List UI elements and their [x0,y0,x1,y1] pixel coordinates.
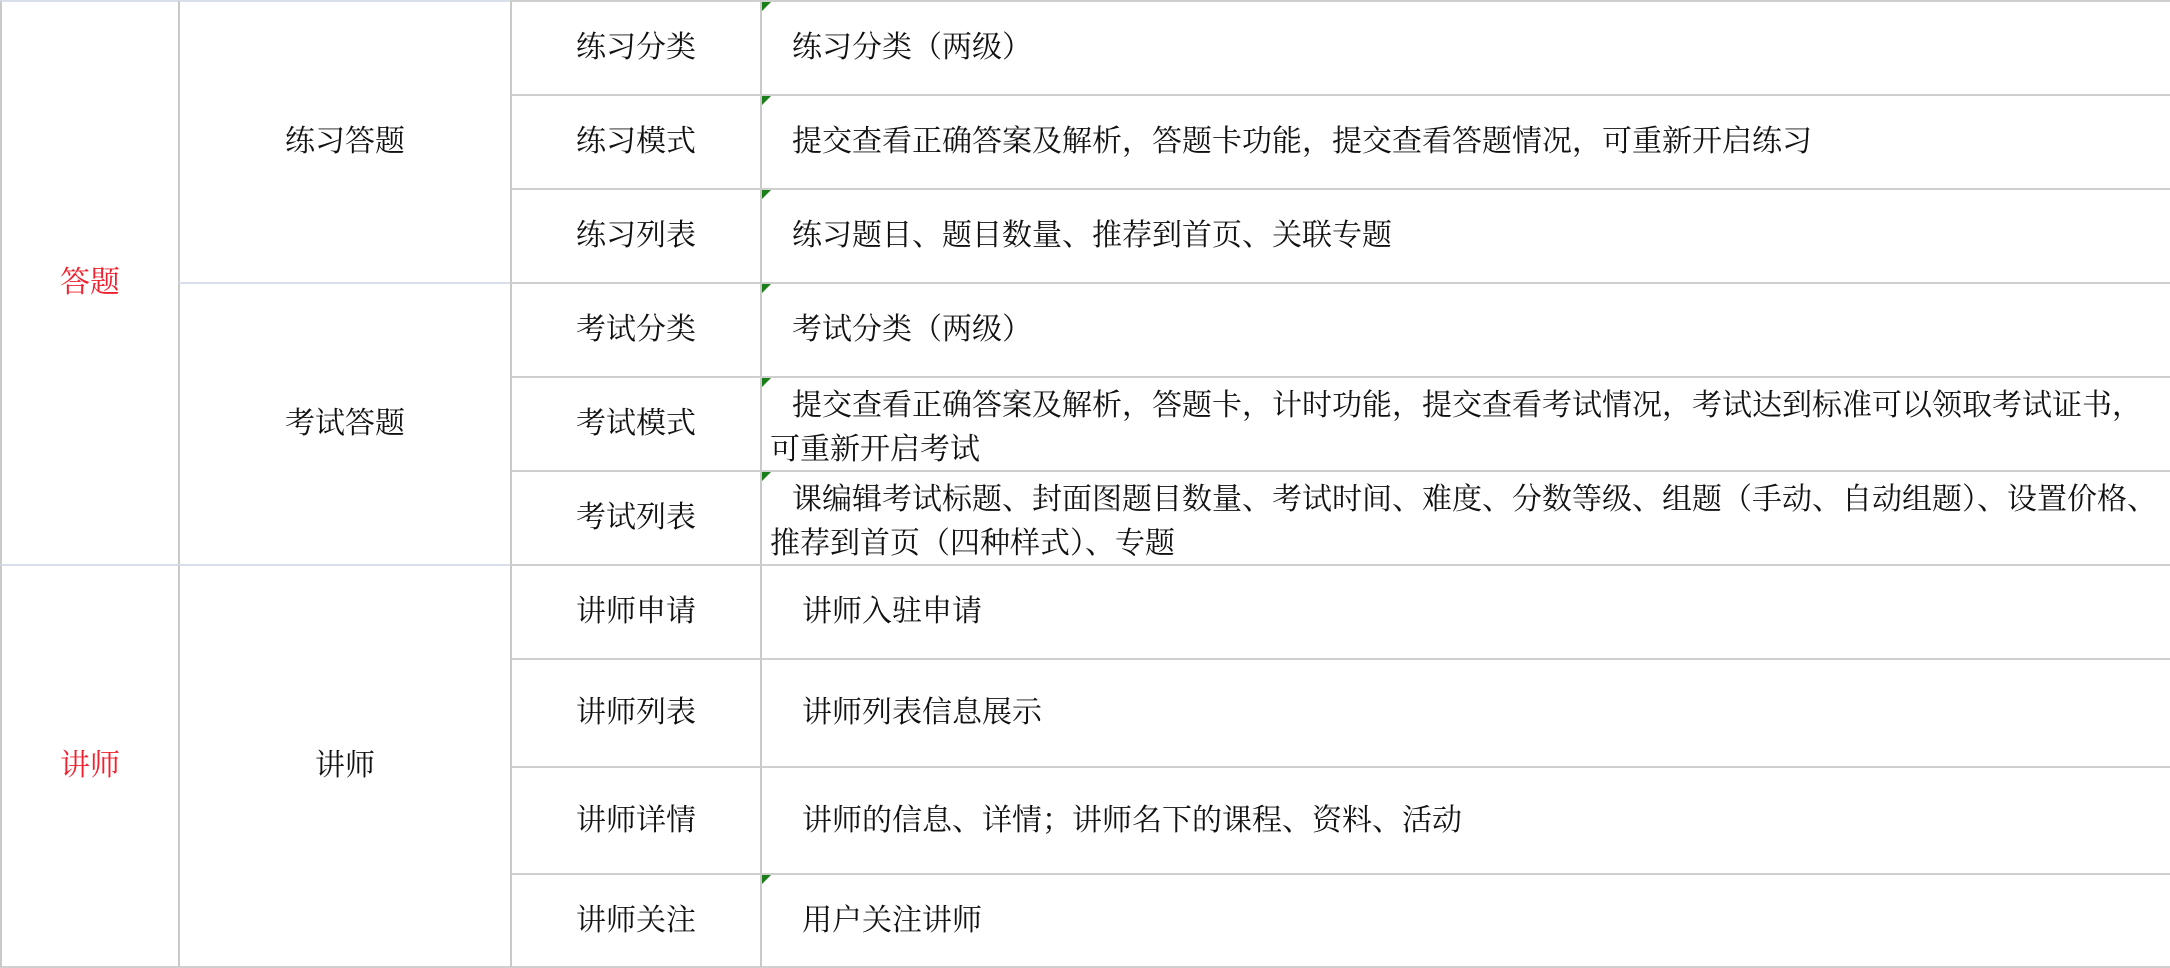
comment-marker-icon[interactable] [762,2,771,11]
category-label: 讲师 [60,751,120,781]
description-cell[interactable]: 练习分类（两级） [760,0,2170,94]
feature-cell[interactable]: 讲师列表 [510,658,760,766]
feature-label: 讲师关注 [576,906,696,936]
comment-marker-icon[interactable] [762,96,771,105]
feature-label: 考试模式 [576,409,696,439]
description-text: 讲师的信息、详情；讲师名下的课程、资料、活动 [802,806,1462,836]
description-cell[interactable]: 讲师的信息、详情；讲师名下的课程、资料、活动 [760,766,2170,873]
feature-label: 讲师申请 [576,597,696,627]
category-cell-answering[interactable]: 答题 [0,0,178,564]
feature-label: 讲师列表 [576,698,696,728]
description-cell[interactable]: 讲师列表信息展示 [760,658,2170,766]
comment-marker-icon[interactable] [762,472,771,481]
group-label: 练习答题 [285,127,405,157]
description-text: 用户关注讲师 [802,906,982,936]
description-text: 讲师列表信息展示 [802,698,1042,728]
feature-cell[interactable]: 练习列表 [510,188,760,282]
feature-cell[interactable]: 讲师申请 [510,564,760,658]
feature-cell[interactable]: 练习模式 [510,94,760,188]
description-cell[interactable]: 考试分类（两级） [760,282,2170,376]
feature-label: 练习分类 [576,33,696,63]
group-label: 考试答题 [285,409,405,439]
feature-label: 考试列表 [576,503,696,533]
description-text: 课编辑考试标题、封面图题目数量、考试时间、难度、分数等级、组题（手动、自动组题）… [770,478,2162,566]
description-cell[interactable]: 练习题目、题目数量、推荐到首页、关联专题 [760,188,2170,282]
comment-marker-icon[interactable] [762,875,771,884]
group-cell-lecturer[interactable]: 讲师 [178,564,510,968]
spreadsheet-grid: 答题 讲师 练习答题 考试答题 讲师 练习分类 练习模式 练习列表 考试分类 考… [0,0,2170,968]
feature-label: 练习列表 [576,221,696,251]
description-cell[interactable]: 提交查看正确答案及解析，答题卡功能，提交查看答题情况，可重新开启练习 [760,94,2170,188]
feature-label: 讲师详情 [576,806,696,836]
description-cell[interactable]: 提交查看正确答案及解析，答题卡，计时功能，提交查看考试情况，考试达到标准可以领取… [760,376,2170,470]
feature-cell[interactable]: 考试列表 [510,470,760,564]
group-cell-exam[interactable]: 考试答题 [178,282,510,564]
description-text: 练习题目、题目数量、推荐到首页、关联专题 [792,221,1392,251]
feature-cell[interactable]: 讲师详情 [510,766,760,873]
category-cell-lecturer[interactable]: 讲师 [0,564,178,968]
group-cell-practice[interactable]: 练习答题 [178,0,510,282]
comment-marker-icon[interactable] [762,378,771,387]
feature-cell[interactable]: 讲师关注 [510,873,760,968]
description-text: 讲师入驻申请 [802,597,982,627]
comment-marker-icon[interactable] [762,284,771,293]
description-text: 考试分类（两级） [792,315,1032,345]
feature-label: 练习模式 [576,127,696,157]
feature-cell[interactable]: 练习分类 [510,0,760,94]
feature-cell[interactable]: 考试模式 [510,376,760,470]
feature-cell[interactable]: 考试分类 [510,282,760,376]
comment-marker-icon[interactable] [762,190,771,199]
group-label: 讲师 [315,751,375,781]
description-cell[interactable]: 课编辑考试标题、封面图题目数量、考试时间、难度、分数等级、组题（手动、自动组题）… [760,470,2170,564]
description-text: 练习分类（两级） [792,33,1032,63]
description-text: 提交查看正确答案及解析，答题卡，计时功能，提交查看考试情况，考试达到标准可以领取… [770,384,2162,472]
feature-label: 考试分类 [576,315,696,345]
description-cell[interactable]: 讲师入驻申请 [760,564,2170,658]
description-text: 提交查看正确答案及解析，答题卡功能，提交查看答题情况，可重新开启练习 [792,127,1812,157]
category-label: 答题 [60,268,120,298]
description-cell[interactable]: 用户关注讲师 [760,873,2170,968]
